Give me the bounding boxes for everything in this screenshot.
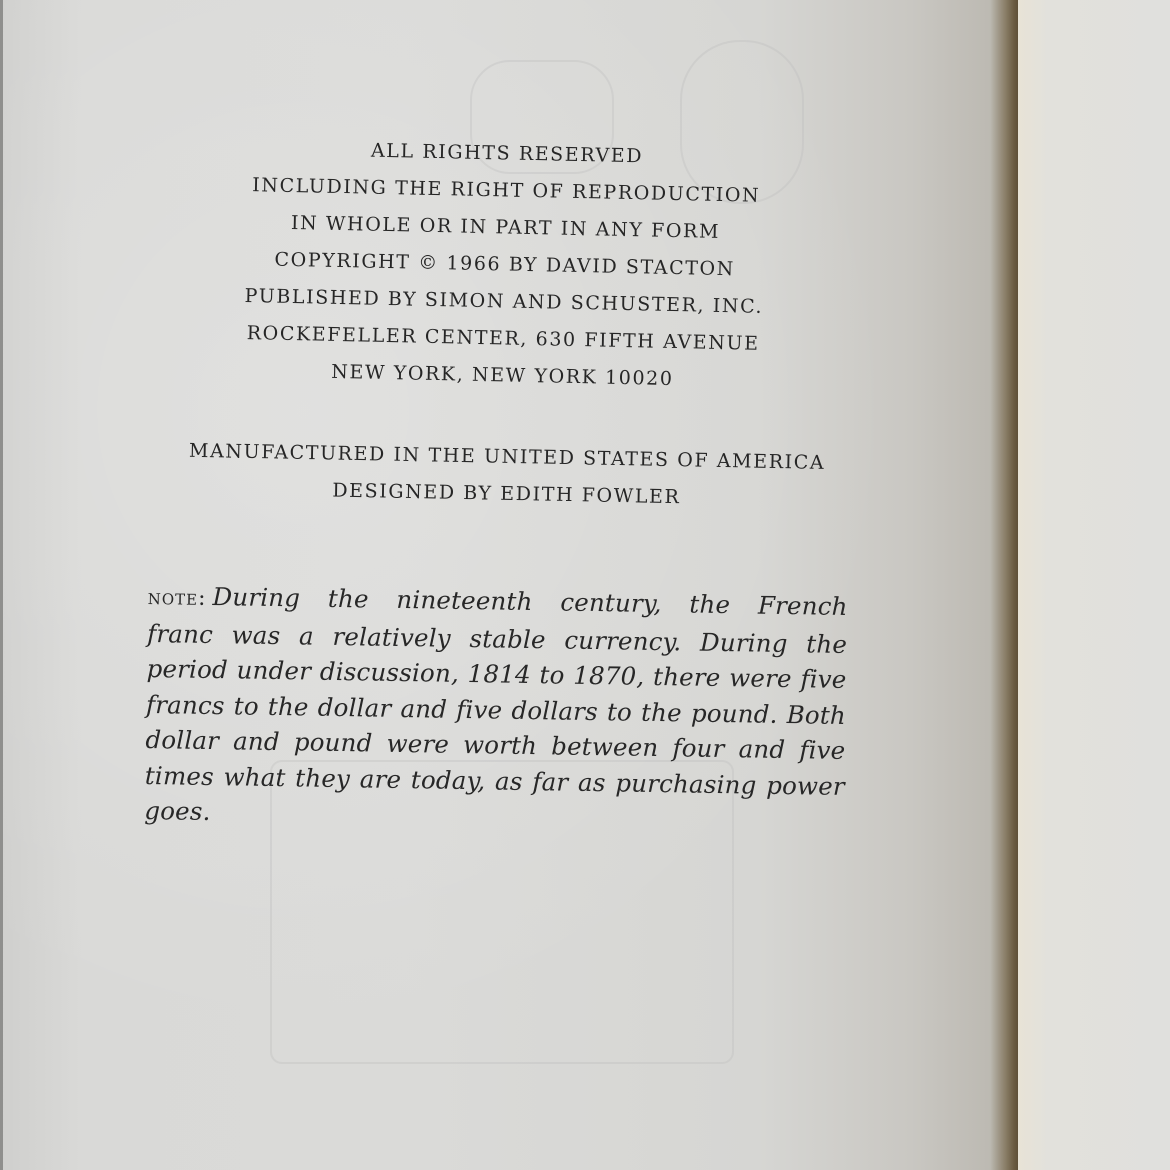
book-photo: ALL RIGHTS RESERVED INCLUDING THE RIGHT … <box>0 0 1170 1170</box>
note-label: note: <box>147 585 206 611</box>
rights-block: ALL RIGHTS RESERVED INCLUDING THE RIGHT … <box>145 128 865 402</box>
note-text: During the nineteenth century, the Frenc… <box>212 582 848 621</box>
copyright-page: ALL RIGHTS RESERVED INCLUDING THE RIGHT … <box>0 0 1012 1170</box>
page-gutter-shadow <box>990 0 1018 1170</box>
adjacent-page-edge <box>1018 0 1170 1170</box>
page-left-edge <box>0 0 3 1170</box>
manufacturing-block: MANUFACTURED IN THE UNITED STATES OF AME… <box>149 432 865 520</box>
currency-note: note:During the nineteenth century, the … <box>144 578 848 839</box>
